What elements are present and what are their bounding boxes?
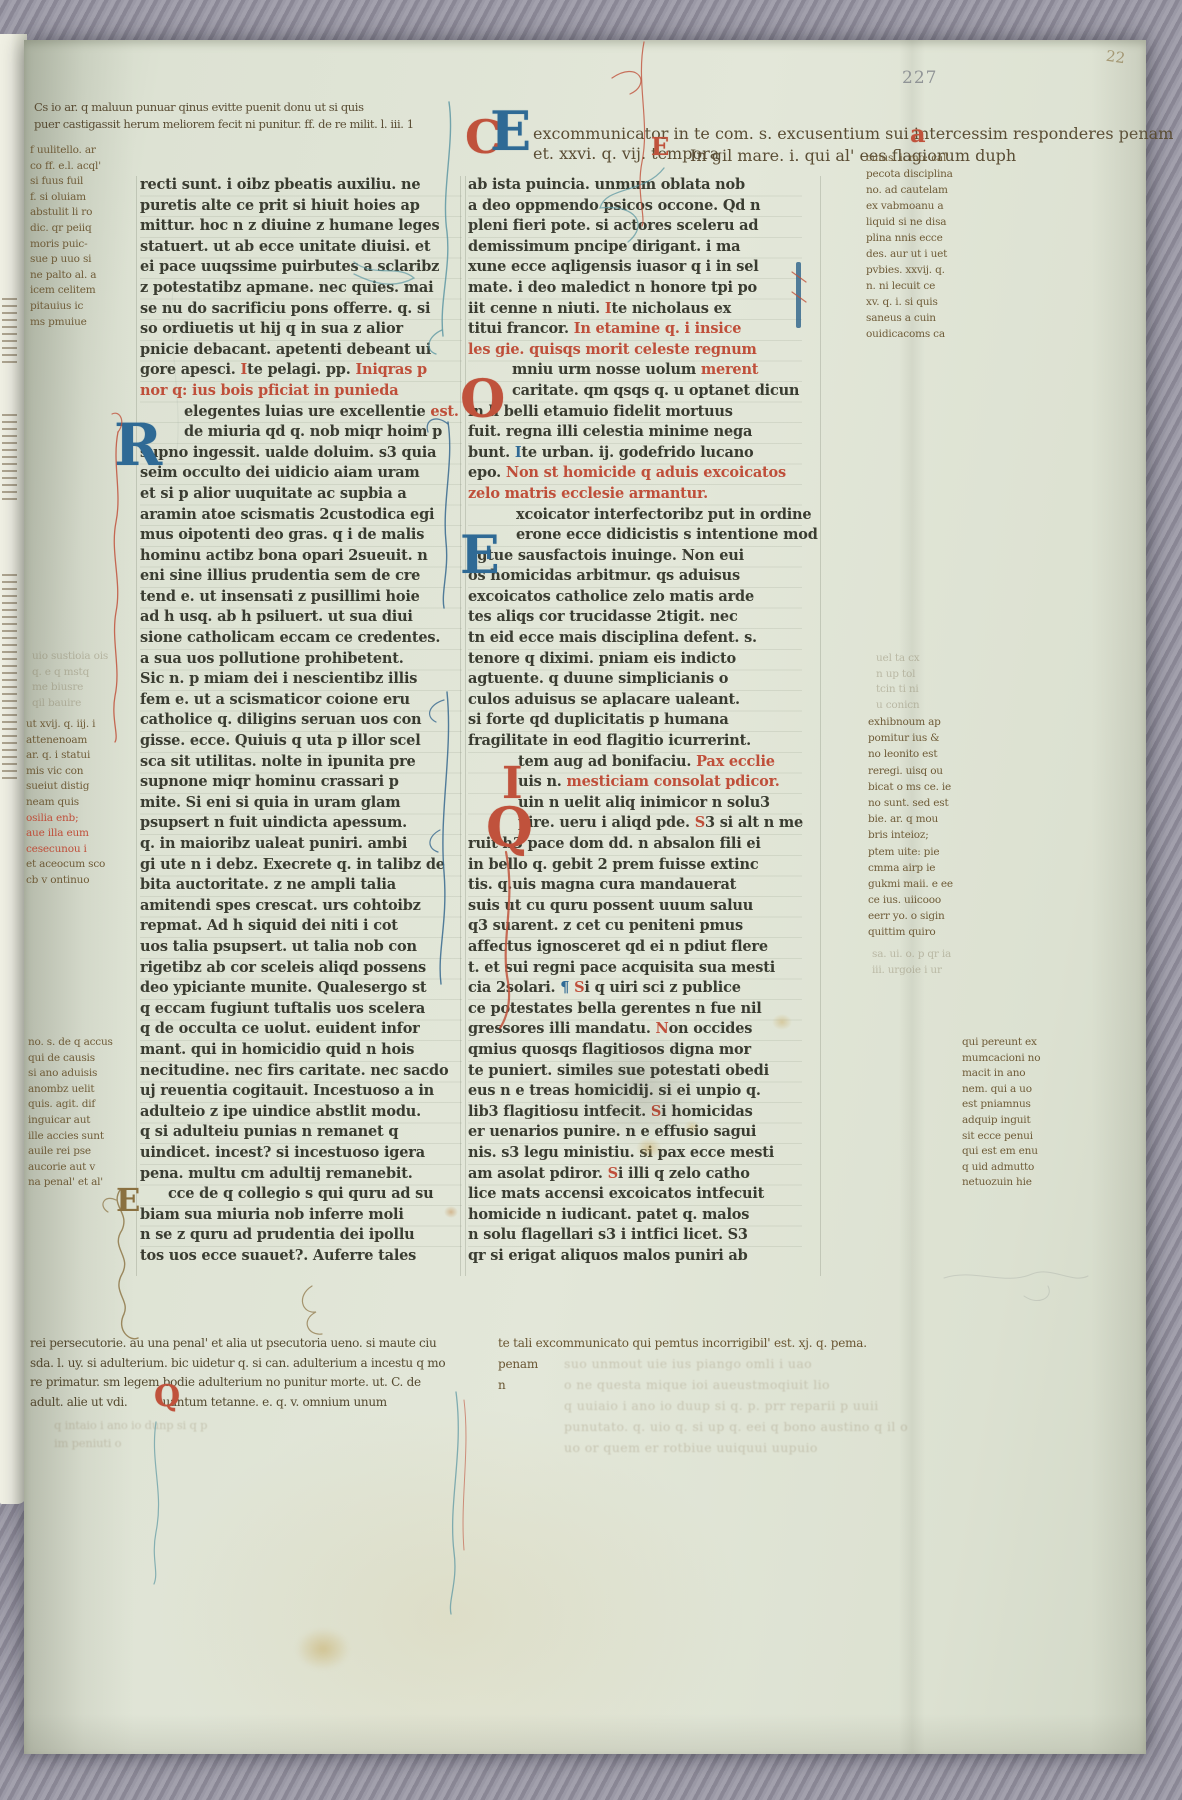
text-line: Sic n. p miam dei i nescientibz illis	[140, 670, 462, 691]
text-line: no sunt. sed est	[868, 797, 953, 813]
text-line: me biusre	[32, 681, 108, 697]
text-line: uindicet. incest? si incestuoso igera	[140, 1144, 462, 1165]
text-line: cuius. i. mo: cal'	[866, 152, 953, 168]
text-segment: te nicholaus ex	[611, 300, 731, 317]
text-line: ce ius. uiicooo	[868, 894, 953, 910]
marginal-gloss-left-top: f uulitello. arco ff. e.l. acql'si fuus …	[30, 144, 101, 331]
text-segment: tos uos ecce suauet?. Auferre tales	[140, 1247, 416, 1264]
text-segment: est pniamnus	[962, 1098, 1031, 1110]
illuminated-initial: Q	[154, 1382, 180, 1412]
text-line: aue illa eum	[26, 827, 105, 843]
marginal-gloss-right-bottom: qui pereunt exmumcacioni nomacit in anon…	[962, 1036, 1040, 1192]
text-segment: bunt.	[468, 444, 515, 461]
text-segment: culos aduisus se aplacare ualeant.	[468, 691, 740, 708]
text-line: psupsert n fuit uindicta apessum.	[140, 814, 462, 835]
text-segment: rei persecutorie. au una penal' et alia …	[30, 1336, 436, 1350]
text-line: iit cenne n niuti. Ite nicholaus ex	[468, 300, 802, 321]
text-segment: f. si oluiam	[30, 191, 86, 203]
text-segment: aue illa eum	[26, 827, 89, 839]
text-line: na penal' et al'	[28, 1176, 113, 1192]
text-line: pecota disciplina	[866, 168, 953, 184]
text-segment: q intaio i ano io dunp si q p	[54, 1418, 207, 1432]
text-segment: qui pereunt ex	[962, 1036, 1037, 1048]
text-segment: cia 2solari.	[468, 979, 560, 996]
text-segment: ce potestates bella gerentes n fue nil	[468, 1000, 762, 1017]
text-segment: et si p alior uuquitate ac supbia a	[140, 485, 407, 502]
text-segment: lice mats accensi excoicatos intfecuit	[468, 1185, 764, 1202]
text-line: reregi. uisq ou	[868, 765, 953, 781]
text-segment: saneus a cuin	[866, 312, 936, 324]
text-line: os homicidas arbitmur. qs aduisus	[468, 567, 802, 588]
text-segment: tis. q.uis magna cura mandauerat	[468, 876, 736, 893]
bottom-gloss-left: rei persecutorie. au una penal' et alia …	[30, 1336, 445, 1414]
text-line: q uuiaio i ano io duup si q. p. prr repa…	[564, 1398, 908, 1419]
text-segment: fuit. regna illi celestia minime nega	[468, 423, 752, 440]
text-line: sit ecce penui	[962, 1130, 1040, 1146]
text-line: icem celitem	[30, 284, 101, 300]
text-line: mumcacioni no	[962, 1052, 1040, 1068]
text-segment: hominu actibz bona opari 2sueuit. n	[140, 547, 428, 564]
text-segment: agtuente. q duune simplicianis o	[468, 670, 728, 687]
leaf-edge-text-trace	[2, 414, 17, 504]
text-line: rei persecutorie. au una penal' et alia …	[30, 1336, 445, 1356]
text-segment: uin n uelit aliq inimicor n solu3	[518, 794, 770, 811]
text-segment: gressores illi mandatu.	[468, 1020, 656, 1037]
text-segment: macit in ano	[962, 1067, 1025, 1079]
text-line: n. ni lecuit ce	[866, 280, 953, 296]
text-line: tes aliqs cor trucidasse 2tigit. nec	[468, 608, 802, 629]
text-segment: re primatur. sm legem bodie adulterium n…	[30, 1375, 421, 1389]
text-segment: q3 suarent. z cet cu peniteni pmus	[468, 917, 743, 934]
text-line: deo ypiciante munite. Qualesergo st	[140, 979, 462, 1000]
text-segment: moris puic-	[30, 238, 87, 250]
text-segment: attenenoam	[26, 734, 87, 746]
text-segment: sa. ui. o. p qr ia	[872, 948, 951, 960]
text-segment: bris inteioz;	[868, 829, 929, 841]
text-line: u conicn	[876, 699, 920, 715]
text-segment: tcin ti ni	[876, 683, 919, 695]
text-line: q si adulteiu punias n remanet q	[140, 1123, 462, 1144]
text-segment: uio sustioia ois	[32, 650, 108, 662]
text-line: lice mats accensi excoicatos intfecuit	[468, 1185, 802, 1206]
illuminated-initial: R	[114, 416, 162, 474]
text-segment: pnicie debacant. apetenti debeant ui	[140, 341, 431, 358]
text-line: n up tol	[876, 668, 920, 684]
text-segment: aramin atoe scismatis 2custodica egi	[140, 506, 434, 523]
text-segment: sca sit utilitas. nolte in ipunita pre	[140, 753, 416, 770]
text-line: uj reuentia cogitauit. Incestuoso a in	[140, 1082, 462, 1103]
text-segment: ab ista puincia. unmum oblata nob	[468, 176, 745, 193]
text-segment: mite. Si eni si quia in uram glam	[140, 794, 400, 811]
text-line: excoicatos catholice zelo matis arde	[468, 588, 802, 609]
manuscript-page: 227 22 Cs io ar. q maluun punuar qinus e…	[24, 40, 1146, 1754]
text-segment: mate. i deo maledict n honore tpi po	[468, 279, 757, 296]
text-line: rigetibz ab cor sceleis aliqd possens	[140, 959, 462, 980]
text-line: mate. i deo maledict n honore tpi po	[468, 279, 802, 300]
running-header-line2-right: In gil mare. i. qui al' ees flagiorum du…	[690, 146, 1016, 165]
text-segment: si ano aduisis	[28, 1067, 97, 1079]
text-line: adult. alie ut vdi. uantum tetanne. e. q…	[30, 1395, 445, 1415]
text-line: bris inteioz;	[868, 829, 953, 845]
column-bounding-line	[820, 176, 821, 1276]
text-segment: t. et sui regni pace acquisita sua mesti	[468, 959, 775, 976]
text-line: ad h usq. ab h psiluert. ut sua diui	[140, 608, 462, 629]
text-line: xcoicator interfectoribz put in ordine	[468, 506, 802, 527]
text-segment: ar. q. i statui	[26, 749, 90, 761]
pencil-sketch-trace	[944, 1272, 1088, 1301]
text-line: iii. urgoie i ur	[872, 964, 951, 980]
text-segment: cce de q collegio s qui quru ad su	[168, 1185, 434, 1202]
text-segment: S	[574, 979, 584, 996]
text-segment: catholice q. diligins seruan uos con	[140, 711, 421, 728]
column-bounding-line	[136, 176, 137, 1276]
text-line: demissimum pncipe dirigant. i ma	[468, 238, 802, 259]
text-segment: 3 si alt n me	[705, 814, 803, 831]
text-line: re primatur. sm legem bodie adulterium n…	[30, 1375, 445, 1395]
text-line: f. si oluiam	[30, 191, 101, 207]
text-segment: te urban. ij. godefrido lucano	[521, 444, 753, 461]
text-segment: sueiut distig	[26, 780, 89, 792]
text-segment: abstulit li ro	[30, 206, 92, 218]
text-segment: gisse. ecce. Quiuis q uta p illor scel	[140, 732, 421, 749]
text-segment: neam quis	[26, 796, 79, 808]
text-segment: uindicet. incest? si incestuoso igera	[140, 1144, 425, 1161]
text-line: plina nnis ecce	[866, 232, 953, 248]
text-segment: demissimum pncipe dirigant. i ma	[468, 238, 740, 255]
text-segment: pvbies. xxvij. q.	[866, 264, 945, 276]
text-line: macit in ano	[962, 1067, 1040, 1083]
text-line: sa. ui. o. p qr ia	[872, 948, 951, 964]
text-segment: ut xvij. q. iij. i	[26, 718, 95, 730]
text-line: q. in maioribz ualeat puniri. ambi	[140, 835, 462, 856]
text-line: o ne questa mique ioi aueustmoqiuit lio	[564, 1377, 908, 1398]
text-line: lib3 flagitiosu intfecit. Si homicidas	[468, 1103, 802, 1124]
text-line: q intaio i ano io dunp si q p	[54, 1418, 207, 1436]
text-segment: penam	[498, 1357, 538, 1371]
text-line: t. et sui regni pace acquisita sua mesti	[468, 959, 802, 980]
penwork-teal-bottom-tail-2	[450, 1392, 458, 1614]
text-line: ne palto al. a	[30, 269, 101, 285]
text-segment: gore apesci.	[140, 361, 240, 378]
text-segment: er uenarios punire. n e effusio sagui	[468, 1123, 756, 1140]
text-line: tn eid ecce mais disciplina defent. s.	[468, 629, 802, 650]
marginal-gloss-left-middle: ut xvij. q. iij. iattenenoamar. q. i sta…	[26, 718, 105, 890]
text-line: sione catholicam eccam ce credentes.	[140, 629, 462, 650]
text-line: se nu do sacrificiu pons offerre. q. si	[140, 300, 462, 321]
text-line: netuozuin hie	[962, 1176, 1040, 1192]
text-segment: n	[498, 1378, 506, 1392]
text-line: xv. q. i. si quis	[866, 296, 953, 312]
text-line: suo unmout uie ius piango omli i uao	[564, 1356, 908, 1377]
text-segment: so ordiuetis ut hij q in sua z alior	[140, 320, 403, 337]
text-line: cce de q collegio s qui quru ad su	[140, 1185, 462, 1206]
text-segment: f uulitello. ar	[30, 144, 96, 156]
text-line: epo. Non st homicide q aduis excoicatos	[468, 464, 802, 485]
text-line: adulteio z ipe uindice abstlit modu.	[140, 1103, 462, 1124]
text-line: no. ad cautelam	[866, 184, 953, 200]
text-segment: ptem uite: pie	[868, 846, 939, 858]
text-line: xune ecce aqligensis iuasor q i in sel	[468, 258, 802, 279]
text-line: anombz uelit	[28, 1083, 113, 1099]
text-segment: xv. q. i. si quis	[866, 296, 938, 308]
text-segment: qil bauire	[32, 697, 81, 709]
text-line: sca sit utilitas. nolte in ipunita pre	[140, 753, 462, 774]
text-segment: deo ypiciante munite. Qualesergo st	[140, 979, 426, 996]
text-segment: cmma airp ie	[868, 862, 935, 874]
text-line: ce potestates bella gerentes n fue nil	[468, 1000, 802, 1021]
text-line: culos aduisus se aplacare ualeant.	[468, 691, 802, 712]
text-line: bunt. Ite urban. ij. godefrido lucano	[468, 444, 802, 465]
text-segment: na penal' et al'	[28, 1176, 103, 1188]
text-segment: qui de causis	[28, 1052, 95, 1064]
text-line: mus oipotenti deo gras. q i de malis	[140, 526, 462, 547]
illuminated-initial: E	[460, 530, 500, 582]
text-segment: sione catholicam eccam ce credentes.	[140, 629, 440, 646]
text-segment: tem aug ad bonifaciu.	[518, 753, 696, 770]
text-segment: ce ius. uiicooo	[868, 894, 941, 906]
text-line: osilia enb;	[26, 812, 105, 828]
previous-leaf-edge	[0, 34, 27, 1504]
text-line: exhibnoum ap	[868, 716, 953, 732]
marginal-gloss-left-faded: uio sustioia oisq. e q mstqme biusreqil …	[32, 650, 108, 712]
text-segment: te pelagi. pp.	[247, 361, 355, 378]
text-segment: bie. ar. q mou	[868, 813, 938, 825]
text-segment: tn eid ecce mais disciplina defent. s.	[468, 629, 757, 646]
text-segment: im peniuti o	[54, 1436, 121, 1450]
penwork-red-bottom-tail	[463, 1400, 466, 1550]
text-line: pitauius ic	[30, 300, 101, 316]
text-segment: co ff. e.l. acql'	[30, 160, 101, 172]
text-line: gi ute n i debz. Execrete q. in talibz d…	[140, 856, 462, 877]
text-line: q. e q mstq	[32, 666, 108, 682]
text-line: puer castigassit herum meliorem fecit ni…	[34, 117, 414, 134]
text-segment: uis n.	[518, 773, 567, 790]
text-line: gressores illi mandatu. Non occides	[468, 1020, 802, 1041]
text-line: saneus a cuin	[866, 312, 953, 328]
text-segment: no leonito est	[868, 748, 937, 760]
text-line: gukmi maii. e ee	[868, 878, 953, 894]
text-segment: gi ute n i debz. Execrete q. in talibz d…	[140, 856, 445, 873]
text-segment: no sunt. sed est	[868, 797, 949, 809]
text-line: cmma airp ie	[868, 862, 953, 878]
text-segment: me biusre	[32, 681, 83, 693]
folio-number-pencil: 227	[902, 68, 937, 88]
text-segment: fragilitate in eod flagitio icurrerint.	[468, 732, 751, 749]
text-line: no leonito est	[868, 748, 953, 764]
text-segment: tenore q diximi. pniam eis indicto	[468, 650, 736, 667]
text-segment: S	[608, 1165, 618, 1182]
text-line: de miuria qd q. nob miqr hoim p	[140, 423, 462, 444]
text-segment: fem e. ut a scismaticor coione eru	[140, 691, 410, 708]
text-line: uio sustioia ois	[32, 650, 108, 666]
text-segment: sit ecce penui	[962, 1130, 1033, 1142]
text-segment: ad h usq. ab h psiluert. ut sua diui	[140, 608, 413, 625]
text-line: amitendi spes crescat. urs cohtoibz	[140, 897, 462, 918]
text-line: eni sine illius prudentia sem de cre	[140, 567, 462, 588]
text-line: uos talia psupsert. ut talia nob con	[140, 938, 462, 959]
text-line: elegentes luias ure excellentie est.	[140, 403, 462, 424]
marginal-gloss-right-faded2: sa. ui. o. p qr iaiii. urgoie i ur	[872, 948, 951, 979]
text-segment: on occides	[669, 1020, 753, 1037]
text-segment: Sic n. p miam dei i nescientibz illis	[140, 670, 417, 687]
text-line: pena. multu cm adultij remanebit.	[140, 1165, 462, 1186]
text-line: a deo oppmendo psicos occone. Qd n	[468, 197, 802, 218]
text-segment: quis. agit. dif	[28, 1098, 95, 1110]
text-line: co ff. e.l. acql'	[30, 160, 101, 176]
text-line: si forte qd duplicitatis p humana	[468, 711, 802, 732]
text-segment: z potestatibz apmane. nec quies. mai	[140, 279, 433, 296]
text-segment: qmius quosqs flagitiosos digna mor	[468, 1041, 751, 1058]
text-line: q3 suarent. z cet cu peniteni pmus	[468, 917, 802, 938]
text-line: seim occulto dei uidicio aiam uram	[140, 464, 462, 485]
text-segment: pena. multu cm adultij remanebit.	[140, 1165, 413, 1182]
text-segment: des. aur ut i uet	[866, 248, 947, 260]
text-line: nem. qui a uo	[962, 1083, 1040, 1099]
text-line: titui francor. In etamine q. i insice	[468, 320, 802, 341]
text-line: ms pmuiue	[30, 316, 101, 332]
text-column-right: ab ista puincia. unmum oblata noba deo o…	[468, 176, 802, 1267]
catchword-letter: a	[910, 122, 926, 146]
text-segment: excoicatos catholice zelo matis arde	[468, 588, 754, 605]
text-segment: q de occulta ce uolut. euident infor	[140, 1020, 420, 1037]
penwork-brown-curl	[103, 1198, 116, 1212]
text-line: liquid si ne disa	[866, 216, 953, 232]
text-line: moris puic-	[30, 238, 101, 254]
text-segment: mumcacioni no	[962, 1052, 1040, 1064]
text-segment: eni sine illius prudentia sem de cre	[140, 567, 420, 584]
text-line: ptem uite: pie	[868, 846, 953, 862]
text-line: des. aur ut i uet	[866, 248, 953, 264]
text-line: qr si erigat aliquos malos puniri ab	[468, 1247, 802, 1268]
text-segment: In etamine q. i insice	[574, 320, 742, 337]
text-segment: cb v ontinuo	[26, 874, 89, 886]
text-line: les gie. quisqs morit celeste regnum	[468, 341, 802, 362]
text-line: Cs io ar. q maluun punuar qinus evitte p…	[34, 100, 414, 117]
text-segment: ouidicacoms ca	[866, 328, 945, 340]
text-segment: pomitur ius &	[868, 732, 939, 744]
text-segment: i q uiri sci z publice	[584, 979, 740, 996]
text-line: q eccam fugiunt tuftalis uos scelera	[140, 1000, 462, 1021]
text-line: et aceocum sco	[26, 858, 105, 874]
text-segment: qr si erigat aliquos malos puniri ab	[468, 1247, 748, 1264]
text-line: inguicar aut	[28, 1114, 113, 1130]
text-segment: erone ecce didicistis s intentione mod	[516, 526, 818, 543]
text-segment: pire. ueru i aliqd pde.	[518, 814, 695, 831]
text-line: qil bauire	[32, 697, 108, 713]
text-segment: i illi q zelo catho	[618, 1165, 750, 1182]
text-segment: pecota disciplina	[866, 168, 953, 180]
text-segment: adquip inguit	[962, 1114, 1030, 1126]
text-line: est pniamnus	[962, 1098, 1040, 1114]
text-segment: homicide n iudicant. patet q. malos	[468, 1206, 749, 1223]
text-segment: icem celitem	[30, 284, 96, 296]
text-segment: mus oipotenti deo gras. q i de malis	[140, 526, 424, 543]
text-segment: reregi. uisq ou	[868, 765, 943, 777]
penwork-brown-auferre-cadel	[302, 1286, 322, 1334]
photograph-of-manuscript: { "manuscript": { "folio_number_pencil":…	[0, 0, 1182, 1800]
text-segment: uel ta cx	[876, 652, 920, 664]
text-line: tend e. ut insensati z pusillimi hoie	[140, 588, 462, 609]
text-line: biam sua miuria nob inferre moli	[140, 1206, 462, 1227]
text-line: quis. agit. dif	[28, 1098, 113, 1114]
text-line: ex vabmoanu a	[866, 200, 953, 216]
text-segment: tes aliqs cor trucidasse 2tigit. nec	[468, 608, 738, 625]
text-segment: agtue sausfactois inuinge. Non eui	[468, 547, 744, 564]
text-line: qui de causis	[28, 1052, 113, 1068]
running-header-line1: excommunicator in te com. s. excusentium…	[533, 124, 1173, 143]
text-line: te tali excommunicato qui pemtus incorri…	[498, 1336, 867, 1357]
text-segment: n up tol	[876, 668, 915, 680]
illuminated-initial: E	[651, 135, 669, 159]
text-segment: bicat o ms ce. ie	[868, 781, 951, 793]
text-segment: q uid admutto	[962, 1161, 1034, 1173]
text-segment: o ne questa mique ioi aueustmoqiuit lio	[564, 1377, 830, 1392]
text-segment: et aceocum sco	[26, 858, 105, 870]
text-line: catholice q. diligins seruan uos con	[140, 711, 462, 732]
text-segment: nem. qui a uo	[962, 1083, 1032, 1095]
text-segment: mniu urm nosse uolum	[512, 361, 701, 378]
text-segment: elegentes luias ure excellentie	[184, 403, 430, 420]
text-segment: puer castigassit herum meliorem fecit ni…	[34, 117, 414, 131]
text-segment: si fuus fuil	[30, 175, 83, 187]
text-line: nor q: ius bois pficiat in punieda	[140, 382, 462, 403]
text-segment: S	[695, 814, 705, 831]
text-segment: statuert. ut ab ecce unitate diuisi. et	[140, 238, 430, 255]
text-line: ut xvij. q. iij. i	[26, 718, 105, 734]
text-line: cia 2solari. ¶ Si q uiri sci z publice	[468, 979, 802, 1000]
text-segment: ille accies sunt	[28, 1130, 104, 1142]
text-segment: mittur. hoc n z diuine z humane leges	[140, 217, 439, 234]
text-segment: zelo matris ecclesie armantur.	[468, 485, 708, 502]
text-line: cb v ontinuo	[26, 874, 105, 890]
text-line: hominu actibz bona opari 2sueuit. n	[140, 547, 462, 568]
text-line: ille accies sunt	[28, 1130, 113, 1146]
text-segment: ei pace uuqssime puirbutes a sclaribz	[140, 258, 439, 275]
text-segment: iii. urgoie i ur	[872, 964, 942, 976]
illuminated-initial: E	[116, 1184, 140, 1216]
text-segment: plina nnis ecce	[866, 232, 943, 244]
text-segment: N	[656, 1020, 669, 1037]
text-segment: liquid si ne disa	[866, 216, 946, 228]
text-line: sda. l. uy. si adulterium. bic uidetur q…	[30, 1356, 445, 1376]
text-segment: am asolat pdiror.	[468, 1165, 608, 1182]
text-line: uo or quem er rotbiue uuiquui uupuio	[564, 1440, 908, 1461]
text-segment: q si adulteiu punias n remanet q	[140, 1123, 398, 1140]
text-line: adquip inguit	[962, 1114, 1040, 1130]
text-line: z potestatibz apmane. nec quies. mai	[140, 279, 462, 300]
text-segment: xcoicator interfectoribz put in ordine	[516, 506, 811, 523]
text-segment: dic. qr peiiq	[30, 222, 92, 234]
yellow-stain-large	[296, 1628, 350, 1670]
text-segment: tend e. ut insensati z pusillimi hoie	[140, 588, 420, 605]
text-segment: necitudine. nec firs caritate. nec sacdo	[140, 1062, 448, 1079]
text-line: qui pereunt ex	[962, 1036, 1040, 1052]
text-line: mis vic con	[26, 765, 105, 781]
text-line: q uid admutto	[962, 1161, 1040, 1177]
text-line: im peniuti o	[54, 1436, 207, 1454]
text-segment: a deo oppmendo psicos occone. Qd n	[468, 197, 760, 214]
text-segment: osilia enb;	[26, 812, 78, 824]
text-segment: xune ecce aqligensis iuasor q i in sel	[468, 258, 759, 275]
text-segment: si forte qd duplicitatis p humana	[468, 711, 729, 728]
text-segment: sda. l. uy. si adulterium. bic uidetur q…	[30, 1356, 445, 1370]
text-line: er uenarios punire. n e effusio sagui	[468, 1123, 802, 1144]
text-line: pnicie debacant. apetenti debeant ui	[140, 341, 462, 362]
text-line: pomitur ius &	[868, 732, 953, 748]
text-segment: supno ingessit. ualde doluim. s3 quia	[140, 444, 436, 461]
text-line: tos uos ecce suauet?. Auferre tales	[140, 1247, 462, 1268]
text-line: zelo matris ecclesie armantur.	[468, 485, 802, 506]
